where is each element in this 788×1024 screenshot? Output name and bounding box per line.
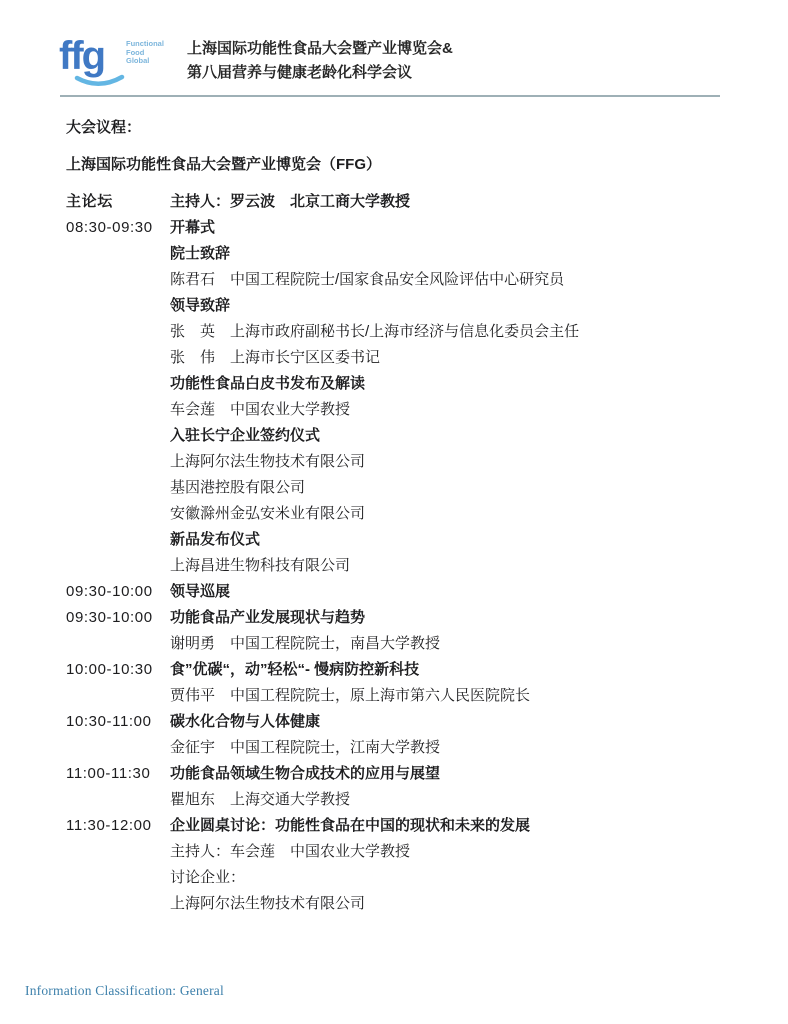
- header-divider: [60, 95, 720, 97]
- agenda-time: [66, 241, 170, 267]
- agenda-rows: 主论坛 主持人：罗云波 北京工商大学教授 08:30-09:30 开幕式 院士致…: [66, 189, 746, 917]
- agenda-text: 新品发布仪式: [170, 527, 260, 553]
- agenda-row: 09:30-10:00 领导巡展: [66, 579, 746, 605]
- agenda-text: 上海昌进生物科技有限公司: [170, 553, 350, 579]
- agenda-time: [66, 475, 170, 501]
- agenda-time: 09:30-10:00: [66, 579, 170, 605]
- agenda-row: 11:30-12:00 企业圆桌讨论：功能性食品在中国的现状和未来的发展: [66, 813, 746, 839]
- agenda-time: [66, 397, 170, 423]
- agenda-time: [66, 839, 170, 865]
- agenda-row: 车会莲 中国农业大学教授: [66, 397, 746, 423]
- agenda-row: 基因港控股有限公司: [66, 475, 746, 501]
- agenda-time: [66, 371, 170, 397]
- agenda-time: [66, 891, 170, 917]
- agenda-time: 10:00-10:30: [66, 657, 170, 683]
- agenda-row: 贾伟平 中国工程院院士，原上海市第六人民医院院长: [66, 683, 746, 709]
- agenda-text: 基因港控股有限公司: [170, 475, 305, 501]
- agenda-text: 功能食品领域生物合成技术的应用与展望: [170, 761, 440, 787]
- agenda-text: 入驻长宁企业签约仪式: [170, 423, 320, 449]
- document-page: ffg Functional Food Global 上海国际功能性食品大会暨产…: [0, 0, 788, 1024]
- agenda-document: 大会议程： 上海国际功能性食品大会暨产业博览会（FFG） 主论坛 主持人：罗云波…: [66, 118, 746, 917]
- conference-title-line-1: 上海国际功能性食品大会暨产业博览会&: [187, 37, 453, 61]
- agenda-row: 张 英 上海市政府副秘书长/上海市经济与信息化委员会主任: [66, 319, 746, 345]
- agenda-text: 食”优碳“，动”轻松“- 慢病防控新科技: [170, 657, 419, 683]
- agenda-row: 安徽滁州金弘安米业有限公司: [66, 501, 746, 527]
- agenda-time: 09:30-10:00: [66, 605, 170, 631]
- agenda-row: 功能性食品白皮书发布及解读: [66, 371, 746, 397]
- agenda-text: 院士致辞: [170, 241, 230, 267]
- agenda-time: [66, 345, 170, 371]
- ffg-logo-tagline: Functional Food Global: [126, 40, 164, 66]
- agenda-text: 金征宇 中国工程院院士，江南大学教授: [170, 735, 440, 761]
- conference-title: 上海国际功能性食品大会暨产业博览会& 第八届营养与健康老龄化科学会议: [187, 36, 453, 85]
- agenda-row: 上海阿尔法生物技术有限公司: [66, 891, 746, 917]
- agenda-text: 张 伟 上海市长宁区区委书记: [170, 345, 380, 371]
- agenda-text: 车会莲 中国农业大学教授: [170, 397, 350, 423]
- agenda-row: 张 伟 上海市长宁区区委书记: [66, 345, 746, 371]
- agenda-text: 领导巡展: [170, 579, 230, 605]
- agenda-text: 开幕式: [170, 215, 215, 241]
- agenda-time: [66, 787, 170, 813]
- agenda-text: 安徽滁州金弘安米业有限公司: [170, 501, 365, 527]
- agenda-text: 贾伟平 中国工程院院士，原上海市第六人民医院院长: [170, 683, 530, 709]
- agenda-subtitle: 上海国际功能性食品大会暨产业博览会（FFG）: [66, 155, 746, 175]
- agenda-text: 企业圆桌讨论：功能性食品在中国的现状和未来的发展: [170, 813, 530, 839]
- agenda-time: [66, 267, 170, 293]
- agenda-row: 上海昌进生物科技有限公司: [66, 553, 746, 579]
- agenda-time: [66, 449, 170, 475]
- agenda-text: 陈君石 中国工程院院士/国家食品安全风险评估中心研究员: [170, 267, 564, 293]
- agenda-text: 功能性食品白皮书发布及解读: [170, 371, 365, 397]
- conference-header: ffg Functional Food Global 上海国际功能性食品大会暨产…: [59, 36, 453, 92]
- agenda-time: [66, 319, 170, 345]
- agenda-time: [66, 683, 170, 709]
- agenda-time: [66, 553, 170, 579]
- agenda-row: 入驻长宁企业签约仪式: [66, 423, 746, 449]
- agenda-row: 讨论企业：: [66, 865, 746, 891]
- agenda-section-label: 大会议程：: [66, 118, 746, 138]
- ffg-logo: ffg Functional Food Global: [59, 36, 159, 92]
- agenda-row: 瞿旭东 上海交通大学教授: [66, 787, 746, 813]
- agenda-time: [66, 631, 170, 657]
- logo-swoosh-icon: [74, 74, 126, 90]
- agenda-time: [66, 423, 170, 449]
- agenda-text: 讨论企业：: [170, 865, 245, 891]
- agenda-row: 主持人：车会莲 中国农业大学教授: [66, 839, 746, 865]
- agenda-row: 上海阿尔法生物技术有限公司: [66, 449, 746, 475]
- agenda-row: 10:30-11:00 碳水化合物与人体健康: [66, 709, 746, 735]
- agenda-row: 10:00-10:30 食”优碳“，动”轻松“- 慢病防控新科技: [66, 657, 746, 683]
- agenda-row: 院士致辞: [66, 241, 746, 267]
- ffg-logo-text: ffg: [59, 36, 104, 76]
- agenda-time: [66, 527, 170, 553]
- agenda-row: 谢明勇 中国工程院院士，南昌大学教授: [66, 631, 746, 657]
- agenda-time: [66, 293, 170, 319]
- agenda-row: 新品发布仪式: [66, 527, 746, 553]
- agenda-text: 张 英 上海市政府副秘书长/上海市经济与信息化委员会主任: [170, 319, 579, 345]
- agenda-time: [66, 865, 170, 891]
- logo-tagline-line: Global: [126, 57, 164, 66]
- agenda-text: 上海阿尔法生物技术有限公司: [170, 891, 365, 917]
- agenda-text: 功能食品产业发展现状与趋势: [170, 605, 365, 631]
- agenda-row: 金征宇 中国工程院院士，江南大学教授: [66, 735, 746, 761]
- agenda-row: 08:30-09:30 开幕式: [66, 215, 746, 241]
- agenda-time: 10:30-11:00: [66, 709, 170, 735]
- agenda-text: 领导致辞: [170, 293, 230, 319]
- classification-footer: Information Classification: General: [25, 983, 224, 999]
- agenda-text: 主持人：车会莲 中国农业大学教授: [170, 839, 410, 865]
- agenda-time: 11:30-12:00: [66, 813, 170, 839]
- agenda-text: 上海阿尔法生物技术有限公司: [170, 449, 365, 475]
- agenda-time: [66, 501, 170, 527]
- agenda-time: 11:00-11:30: [66, 761, 170, 787]
- conference-title-line-2: 第八届营养与健康老龄化科学会议: [187, 61, 453, 85]
- agenda-time: 08:30-09:30: [66, 215, 170, 241]
- agenda-row: 领导致辞: [66, 293, 746, 319]
- agenda-time: 主论坛: [66, 189, 170, 215]
- agenda-text: 瞿旭东 上海交通大学教授: [170, 787, 350, 813]
- agenda-row: 11:00-11:30 功能食品领域生物合成技术的应用与展望: [66, 761, 746, 787]
- agenda-text: 谢明勇 中国工程院院士，南昌大学教授: [170, 631, 440, 657]
- agenda-time: [66, 735, 170, 761]
- agenda-text: 主持人：罗云波 北京工商大学教授: [170, 189, 410, 215]
- agenda-text: 碳水化合物与人体健康: [170, 709, 320, 735]
- agenda-row: 09:30-10:00 功能食品产业发展现状与趋势: [66, 605, 746, 631]
- agenda-row: 陈君石 中国工程院院士/国家食品安全风险评估中心研究员: [66, 267, 746, 293]
- agenda-row: 主论坛 主持人：罗云波 北京工商大学教授: [66, 189, 746, 215]
